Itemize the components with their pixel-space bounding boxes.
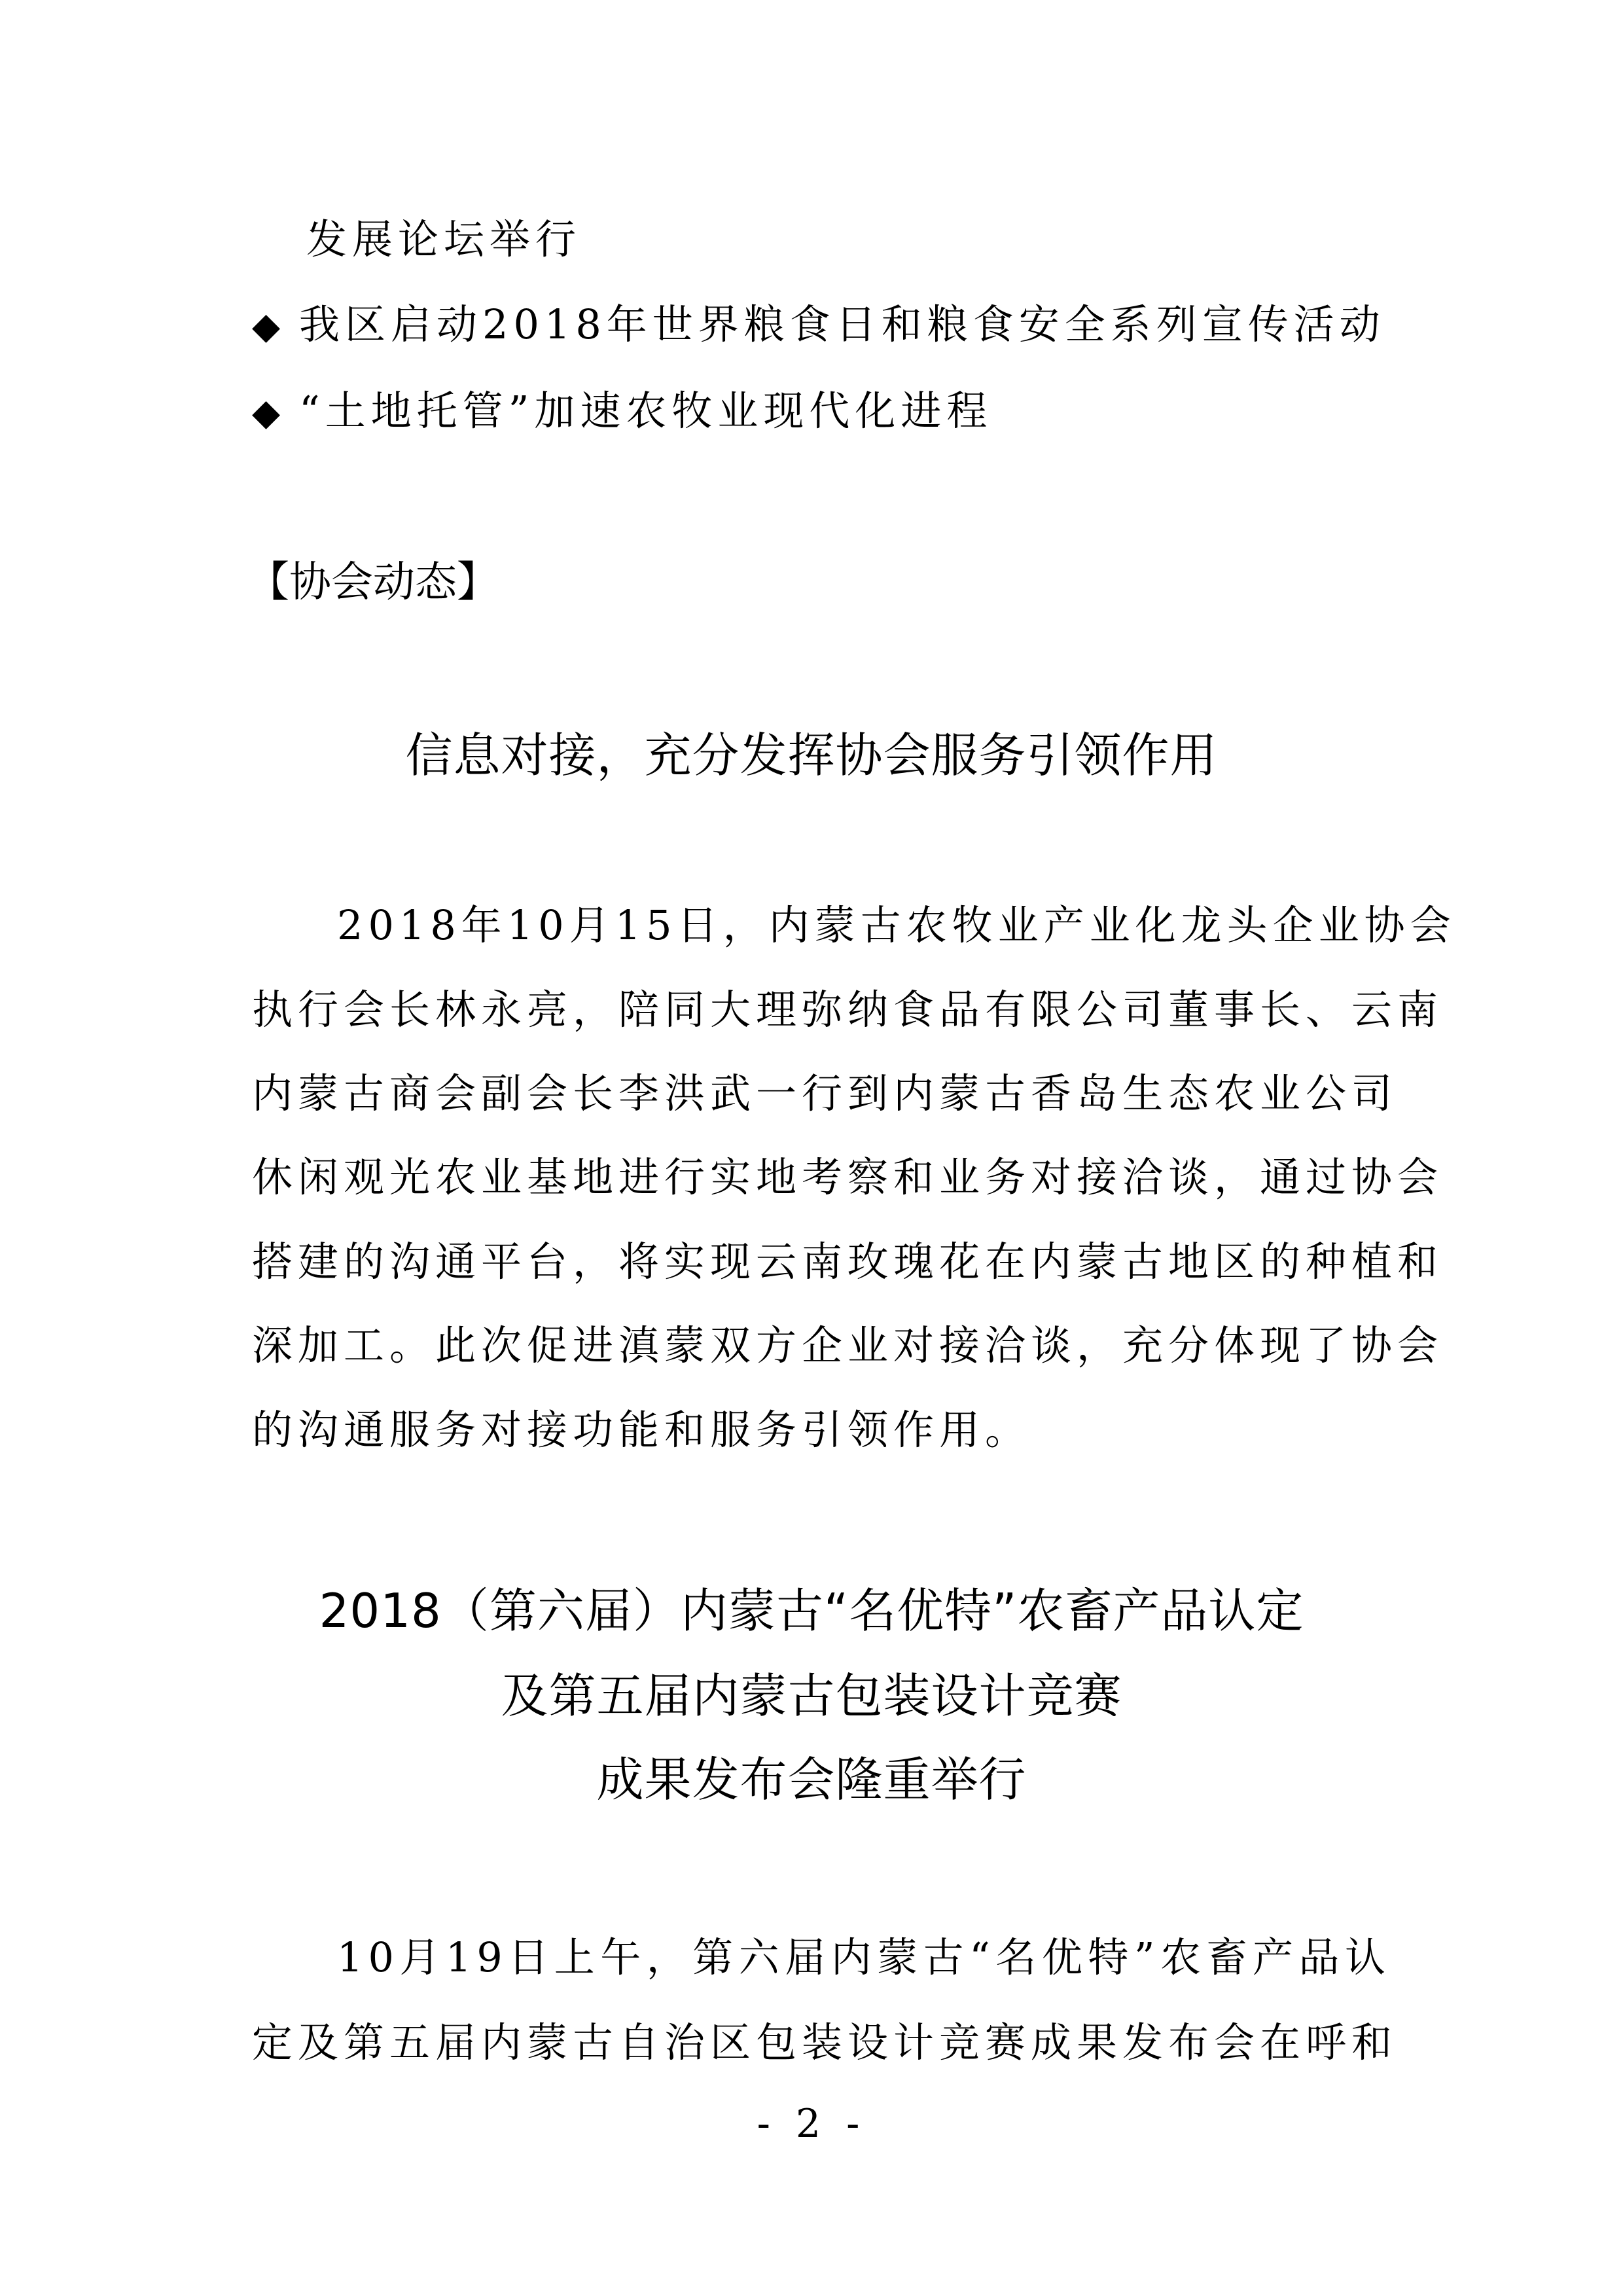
paragraph-line: 深加工。此次促进滇蒙双方企业对接洽谈，充分体现了协会 [252, 1325, 1391, 1366]
paragraph-line: 10月19日上午，第六届内蒙古“名优特”农畜产品认 [252, 1937, 1391, 1978]
page-number: - 2 - [0, 2104, 1623, 2144]
paragraph-line: 定及第五届内蒙古自治区包装设计竞赛成果发布会在呼和 [252, 2022, 1391, 2063]
news-item-text: “土地托管”加速农牧业现代化进程 [299, 387, 992, 435]
paragraph-line: 内蒙古商会副会长李洪武一行到内蒙古香岛生态农业公司 [252, 1073, 1391, 1114]
diamond-bullet-icon: ◆ [252, 395, 299, 431]
article-title-line: 及第五届内蒙古包装设计竞赛 [0, 1672, 1623, 1719]
news-item-continuation: 发展论坛举行 [306, 219, 581, 260]
paragraph-line: 执行会长林永亮，陪同大理弥纳食品有限公司董事长、云南 [252, 990, 1391, 1030]
article-title-line: 2018（第六届）内蒙古“名优特”农畜产品认定 [0, 1587, 1623, 1634]
news-list-item[interactable]: ◆“土地托管”加速农牧业现代化进程 [252, 391, 992, 431]
paragraph-line: 2018年10月15日，内蒙古农牧业产业化龙头企业协会 [252, 905, 1391, 946]
article-title: 信息对接，充分发挥协会服务引领作用 [0, 732, 1623, 779]
paragraph-line: 休闲观光农业基地进行实地考察和业务对接洽谈，通过协会 [252, 1157, 1391, 1198]
news-list-item[interactable]: ◆我区启动2018年世界粮食日和粮食安全系列宣传活动 [252, 304, 1385, 345]
paragraph-line: 搭建的沟通平台，将实现云南玫瑰花在内蒙古地区的种植和 [252, 1242, 1391, 1282]
article-title-line: 成果发布会隆重举行 [0, 1756, 1623, 1803]
news-item-text: 我区启动2018年世界粮食日和粮食安全系列宣传活动 [299, 300, 1385, 348]
diamond-bullet-icon: ◆ [252, 308, 299, 345]
document-page: 发展论坛举行 ◆我区启动2018年世界粮食日和粮食安全系列宣传活动 ◆“土地托管… [0, 0, 1623, 2296]
section-heading: 【协会动态】 [247, 562, 499, 603]
paragraph-line: 的沟通服务对接功能和服务引领作用。 [252, 1410, 1391, 1450]
